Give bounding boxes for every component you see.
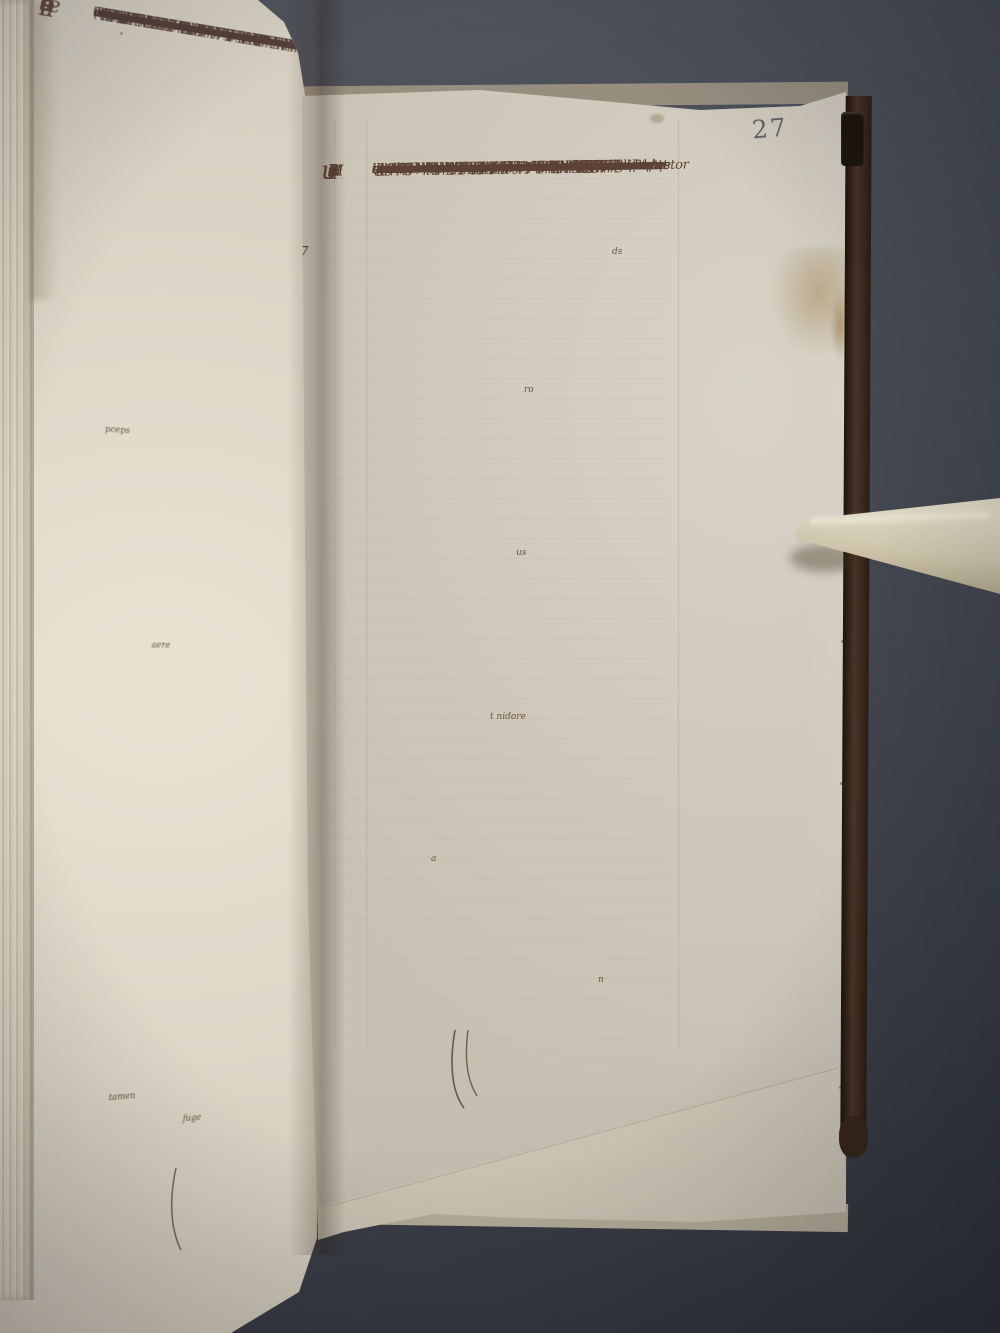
manuscript-photo: haaniaatqiaststnpcupæiesiicthpsccioahftg…: [0, 0, 1000, 1333]
binding-corner-piece: [841, 112, 864, 166]
binding-board-edge: [840, 96, 871, 1144]
binding-band-end: [839, 1116, 868, 1158]
